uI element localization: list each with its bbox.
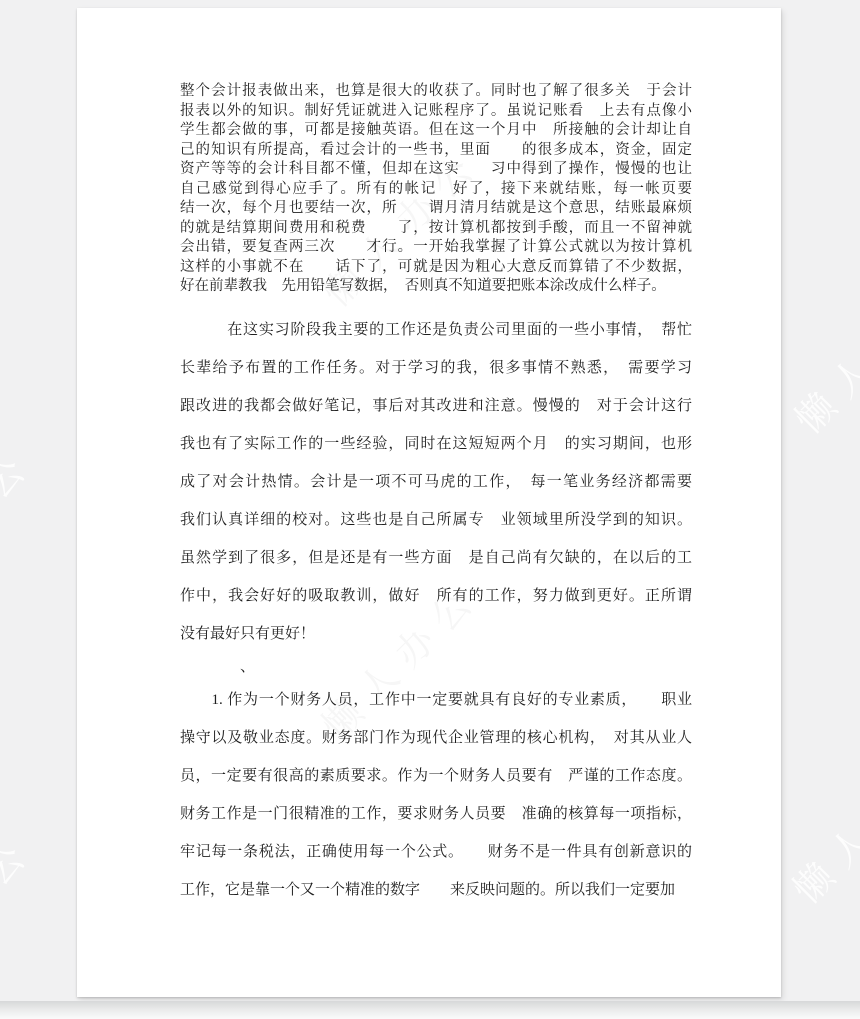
text-line: 牢记每一条税法，正确使用每一个公式。 财务不是一件具有创新意识的	[180, 833, 692, 871]
screenshot-root: { "window": { "background_color": "#f1f1…	[0, 0, 860, 1019]
text-line: 自己感觉到得心应手了。所有的帐记 好了，接下来就结账，每一帐页要	[180, 180, 692, 200]
text-line: 资产等等的会计科目都不懂，但却在这实 习中得到了操作，慢慢的也让	[180, 160, 692, 180]
text-line: 学生都会做的事，可都是接触英语。但在这一个月中 所接触的会计却让自	[180, 121, 692, 141]
text-line: 没有最好只有更好！	[180, 615, 692, 653]
text-line: 我也有了实际工作的一些经验，同时在这短短两个月 的实习期间，也形	[180, 425, 692, 463]
watermark: 懒人办公	[780, 260, 860, 443]
watermark: 懒人办公	[778, 730, 860, 913]
watermark: 懒人办公	[0, 433, 44, 616]
paragraph: 在这实习阶段我主要的工作还是负责公司里面的一些小事情， 帮忙长辈给予布置的工作任…	[180, 311, 692, 653]
text-line: 虽然学到了很多，但是还是有一些方面 是自己尚有欠缺的，在以后的工	[180, 539, 692, 577]
text-line: 财务工作是一门很精准的工作，要求财务人员要 准确的核算每一项指标，	[180, 795, 692, 833]
text-line: 这样的小事就不在 话下了，可就是因为粗心大意反而算错了不少数据，	[180, 258, 692, 278]
paragraph: 整个会计报表做出来，也算是很大的收获了。同时也了解了很多关 于会计报表以外的知识…	[180, 82, 692, 297]
document-content: 整个会计报表做出来，也算是很大的收获了。同时也了解了很多关 于会计报表以外的知识…	[180, 82, 692, 909]
document-page: 懒人办公 懒人办公 整个会计报表做出来，也算是很大的收获了。同时也了解了很多关 …	[77, 8, 781, 997]
text-line: 1. 作为一个财务人员，工作中一定要就具有良好的专业素质， 职业	[180, 681, 692, 719]
text-line: 成了对会计热情。会计是一项不可马虎的工作， 每一笔业务经济都需要	[180, 463, 692, 501]
watermark: 懒人办公	[0, 820, 44, 1003]
text-line: 作中，我会好好的吸取教训，做好 所有的工作，努力做到更好。正所谓	[180, 577, 692, 615]
paragraph: 、	[180, 653, 692, 681]
viewer-background: 懒人办公 懒人办公 懒人办公 懒人办公 懒人办公 懒人办公 整个会计报表做出来，…	[0, 0, 860, 1019]
page-gap	[0, 1001, 860, 1019]
paragraph: 1. 作为一个财务人员，工作中一定要就具有良好的专业素质， 职业操守以及敬业态度…	[180, 681, 692, 909]
text-line: 操守以及敬业态度。财务部门作为现代企业管理的核心机构， 对其从业人	[180, 719, 692, 757]
text-line: 报表以外的知识。制好凭证就进入记账程序了。虽说记账看 上去有点像小	[180, 102, 692, 122]
text-line: 、	[180, 653, 692, 681]
text-line: 员，一定要有很高的素质要求。作为一个财务人员要有 严谨的工作态度。	[180, 757, 692, 795]
text-line: 工作，它是靠一个又一个精准的数字 来反映问题的。所以我们一定要加	[180, 871, 692, 909]
text-line: 在这实习阶段我主要的工作还是负责公司里面的一些小事情， 帮忙	[180, 311, 692, 349]
text-line: 整个会计报表做出来，也算是很大的收获了。同时也了解了很多关 于会计	[180, 82, 692, 102]
text-line: 己的知识有所提高，看过会计的一些书，里面 的很多成本，资金，固定	[180, 141, 692, 161]
text-line: 结一次，每个月也要结一次，所 谓月清月结就是这个意思，结账最麻烦	[180, 199, 692, 219]
text-line: 我们认真详细的校对。这些也是自己所属专 业领域里所没学到的知识。	[180, 501, 692, 539]
text-line: 的就是结算期间费用和税费 了，按计算机都按到手酸，而且一不留神就	[180, 219, 692, 239]
text-line: 跟改进的我都会做好笔记，事后对其改进和注意。慢慢的 对于会计这行	[180, 387, 692, 425]
text-line: 会出错，要复查两三次 才行。一开始我掌握了计算公式就以为按计算机	[180, 238, 692, 258]
text-line: 长辈给予布置的工作任务。对于学习的我，很多事情不熟悉， 需要学习	[180, 349, 692, 387]
text-line: 好在前辈教我 先用铅笔写数据， 否则真不知道要把账本涂改成什么样子。	[180, 277, 692, 297]
